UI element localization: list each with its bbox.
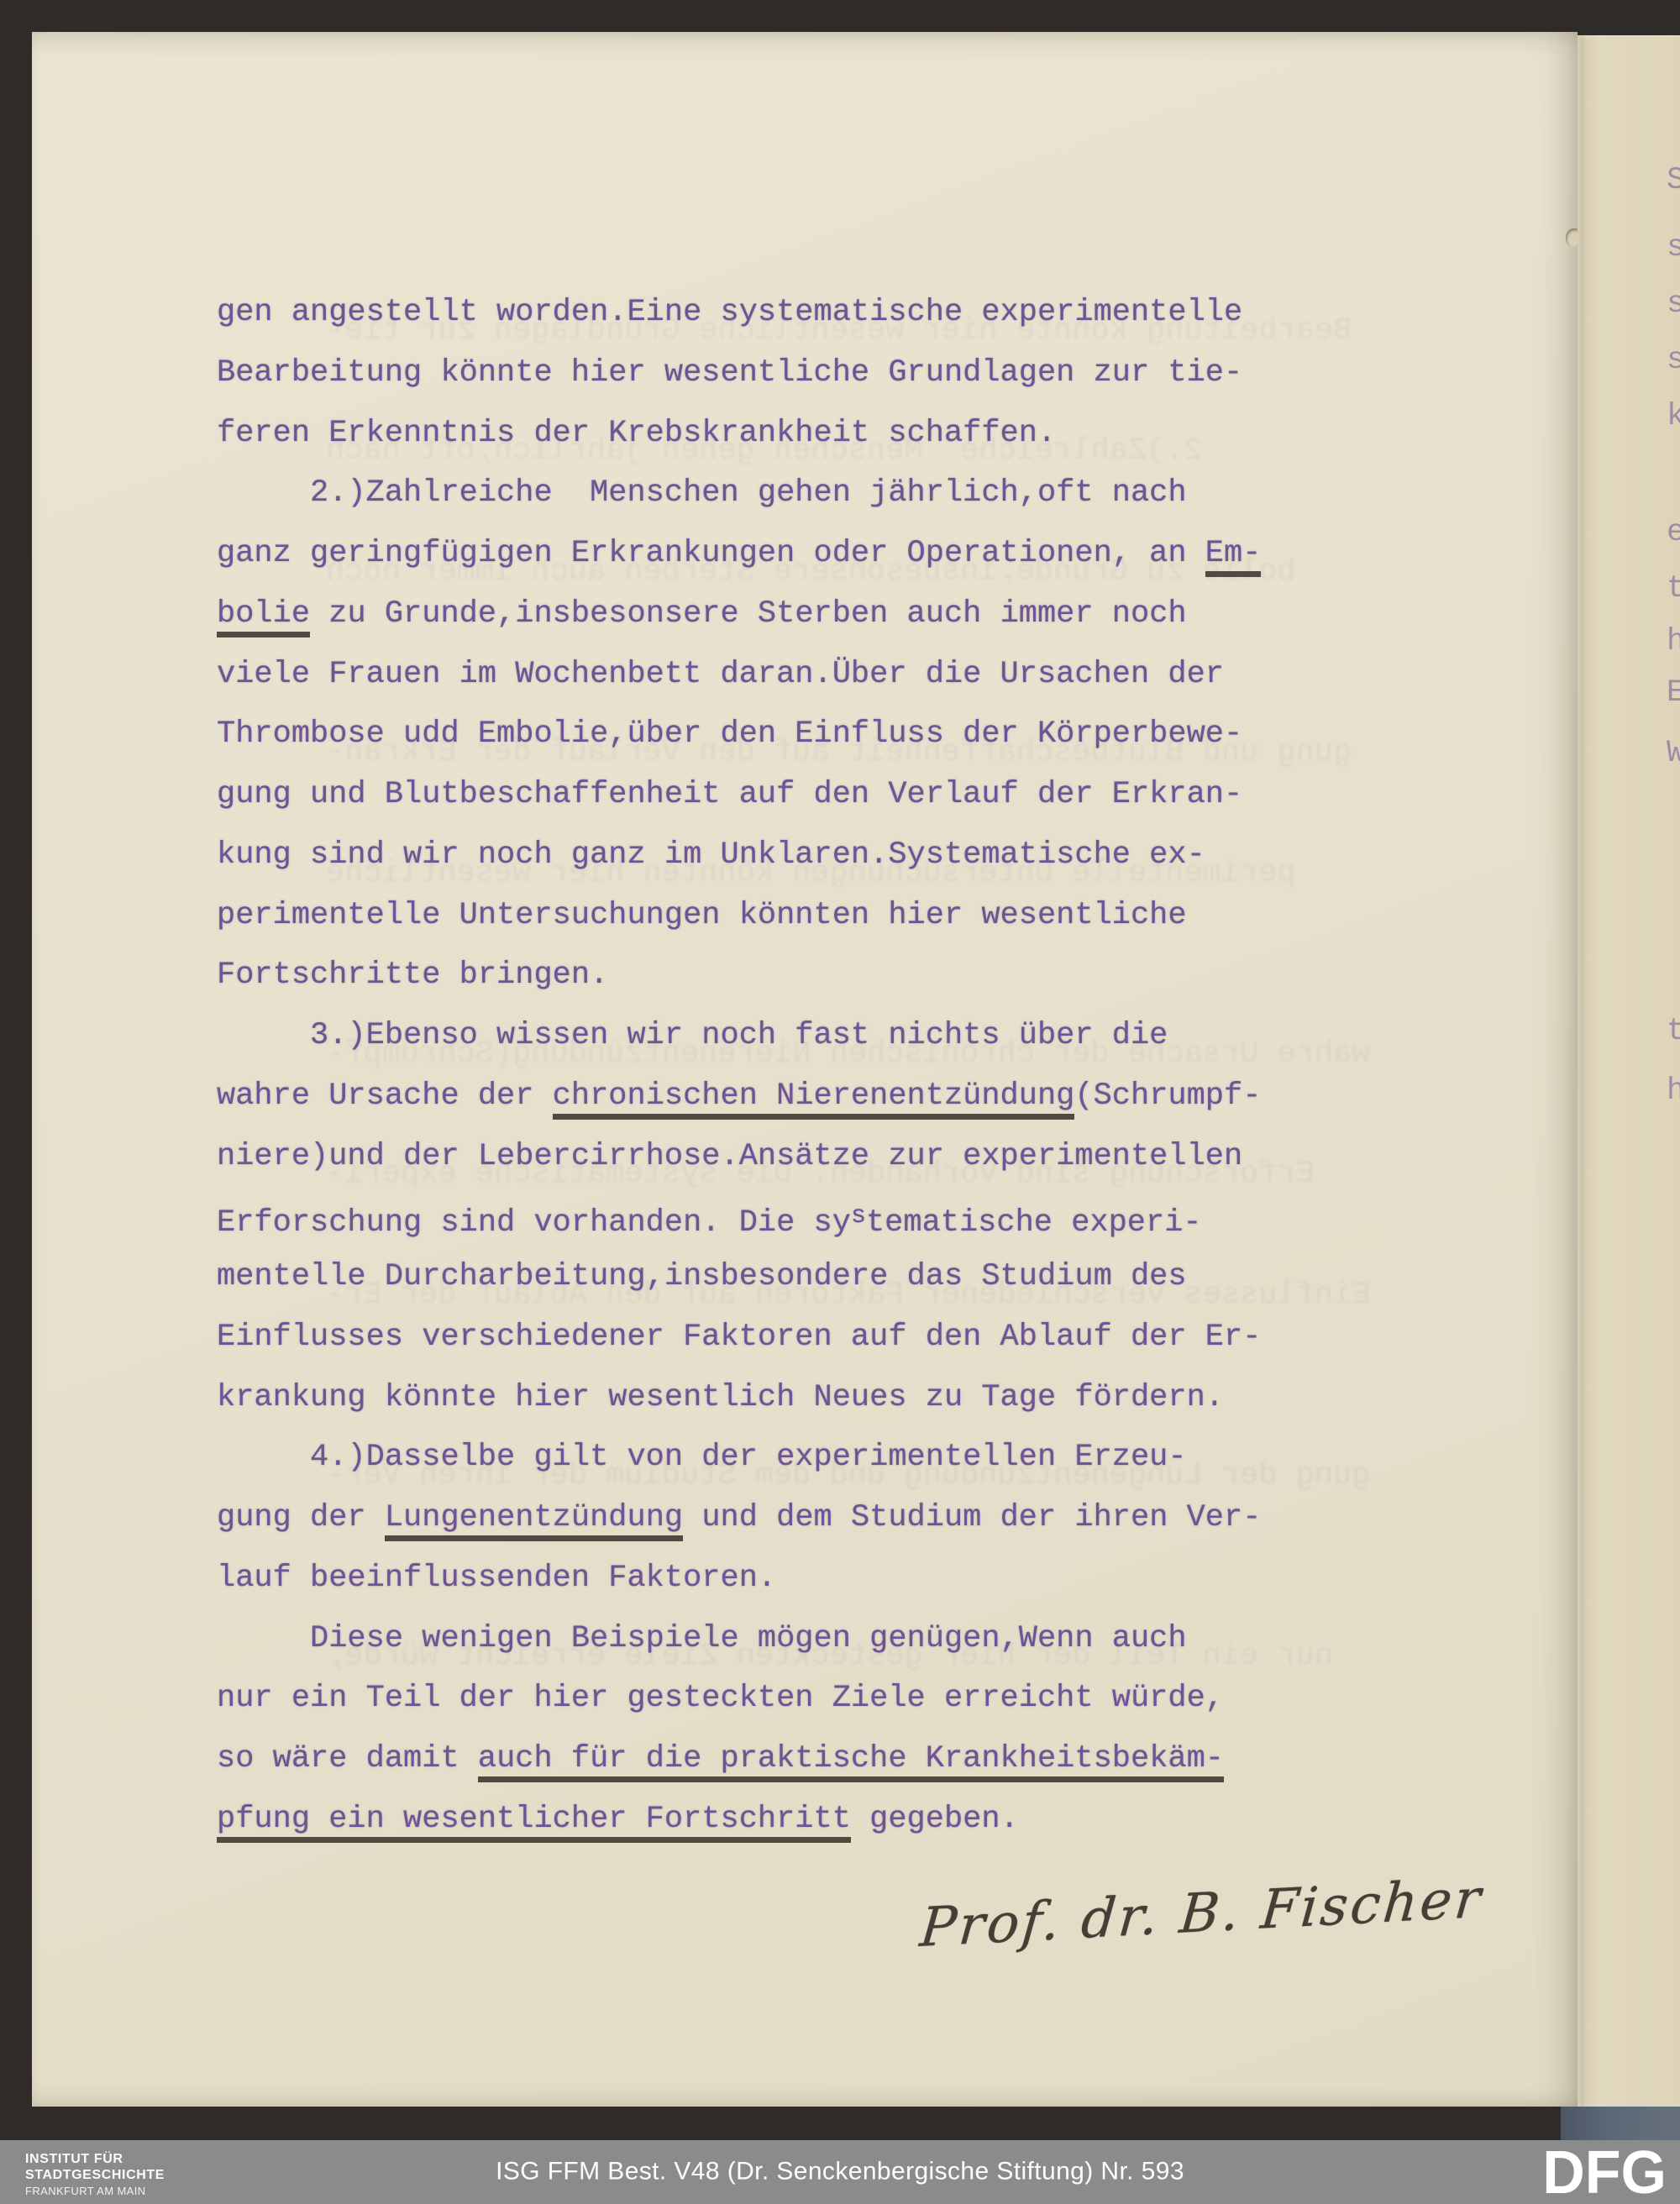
- typewritten-line: 2.)Zahlreiche Menschen gehen jährlich,of…: [217, 464, 1261, 524]
- typewritten-line: nur ein Teil der hier gesteckten Ziele e…: [217, 1669, 1261, 1729]
- text-segment: niere)und der Lebercirrhose.Ansätze zur …: [217, 1139, 1242, 1174]
- text-segment: feren Erkenntnis der Krebskrankheit scha…: [217, 416, 1056, 451]
- typewritten-line: Bearbeitung könnte hier wesentliche Grun…: [217, 344, 1261, 404]
- typewritten-line: gung und Blutbeschaffenheit auf den Verl…: [217, 765, 1261, 826]
- institute-city: FRANKFURT AM MAIN: [25, 2186, 165, 2196]
- text-segment: tematische experi-: [866, 1205, 1202, 1241]
- next-page-letter-fragment: s: [1667, 230, 1680, 265]
- typewritten-line: Erforschung sind vorhanden. Die systemat…: [217, 1187, 1261, 1247]
- archive-reference-label: ISG FFM Best. V48 (Dr. Senckenbergische …: [0, 2157, 1680, 2186]
- text-segment: so wäre damit: [217, 1741, 478, 1776]
- text-segment: gen angestellt worden.Eine systematische…: [217, 295, 1242, 330]
- next-page-letter-fragment: e: [1667, 515, 1680, 550]
- text-segment: Fortschritte bringen.: [217, 958, 608, 993]
- text-segment: gegeben.: [851, 1802, 1019, 1837]
- text-segment: 2.)Zahlreiche Menschen gehen jährlich,of…: [217, 475, 1187, 511]
- text-segment: gung und Blutbeschaffenheit auf den Verl…: [217, 777, 1242, 812]
- typewritten-line: bolie zu Grunde,insbesonsere Sterben auc…: [217, 585, 1261, 645]
- typewritten-line: Diese wenigen Beispiele mögen genügen,We…: [217, 1609, 1261, 1670]
- text-segment: perimentelle Untersuchungen könnten hier…: [217, 898, 1187, 933]
- typewritten-line: mentelle Durcharbeitung,insbesondere das…: [217, 1247, 1261, 1308]
- typewritten-text: gen angestellt worden.Eine systematische…: [217, 283, 1261, 1850]
- typewritten-line: 3.)Ebenso wissen wir noch fast nichts üb…: [217, 1006, 1261, 1067]
- text-segment: Bearbeitung könnte hier wesentliche Grun…: [217, 355, 1242, 391]
- underlined-text: Em-: [1205, 536, 1262, 577]
- typewritten-line: pfung ein wesentlicher Fortschritt gegeb…: [217, 1790, 1261, 1850]
- archive-footer-bar: INSTITUT FÜR STADTGESCHICHTE FRANKFURT A…: [0, 2140, 1680, 2204]
- text-segment: nur ein Teil der hier gesteckten Ziele e…: [217, 1681, 1224, 1716]
- text-segment: 3.)Ebenso wissen wir noch fast nichts üb…: [217, 1018, 1168, 1053]
- text-segment: lauf beeinflussenden Faktoren.: [217, 1561, 776, 1596]
- typewritten-line: Thrombose udd Embolie,über den Einfluss …: [217, 705, 1261, 765]
- text-segment: gung der: [217, 1500, 385, 1535]
- next-page-letter-fragment: t: [1667, 1014, 1680, 1049]
- next-page-letter-fragment: E: [1667, 675, 1680, 711]
- typewritten-line: Einflusses verschiedener Faktoren auf de…: [217, 1308, 1261, 1368]
- document-page: Bearbeitung könnte hier wesentliche Grun…: [32, 32, 1578, 2107]
- next-page-edge: SssskethEWth: [1578, 35, 1680, 2112]
- text-segment: Einflusses verschiedener Faktoren auf de…: [217, 1320, 1261, 1355]
- next-page-letter-fragment: S: [1667, 163, 1680, 198]
- next-page-letter-fragment: s: [1667, 286, 1680, 322]
- underlined-text: bolie: [217, 596, 310, 638]
- next-page-letter-fragment: h: [1667, 1073, 1680, 1109]
- typewritten-line: so wäre damit auch für die praktische Kr…: [217, 1729, 1261, 1790]
- archive-scan-viewport: Bearbeitung könnte hier wesentliche Grun…: [0, 0, 1680, 2204]
- next-page-letter-fragment: h: [1667, 624, 1680, 659]
- text-segment: (Schrumpf-: [1074, 1078, 1261, 1114]
- typewritten-line: Fortschritte bringen.: [217, 946, 1261, 1006]
- text-segment: s: [851, 1202, 866, 1231]
- text-segment: Erforschung sind vorhanden. Die sy: [217, 1205, 851, 1241]
- underlined-text: auch für die praktische Krankheitsbekäm-: [478, 1741, 1224, 1782]
- typewritten-line: wahre Ursache der chronischen Nierenentz…: [217, 1067, 1261, 1127]
- next-page-letter-fragment: W: [1667, 736, 1680, 771]
- text-segment: krankung könnte hier wesentlich Neues zu…: [217, 1380, 1224, 1415]
- typewritten-line: lauf beeinflussenden Faktoren.: [217, 1549, 1261, 1609]
- text-segment: viele Frauen im Wochenbett daran.Über di…: [217, 657, 1224, 692]
- typewritten-line: gen angestellt worden.Eine systematische…: [217, 283, 1261, 344]
- text-segment: Thrombose udd Embolie,über den Einfluss …: [217, 716, 1242, 752]
- underlined-text: pfung ein wesentlicher Fortschritt: [217, 1802, 851, 1843]
- text-segment: 4.)Dasselbe gilt von der experimentellen…: [217, 1440, 1187, 1475]
- typewritten-line: gung der Lungenentzündung und dem Studiu…: [217, 1488, 1261, 1549]
- next-page-letter-fragment: k: [1667, 399, 1680, 434]
- typewritten-line: viele Frauen im Wochenbett daran.Über di…: [217, 645, 1261, 706]
- typewritten-line: niere)und der Lebercirrhose.Ansätze zur …: [217, 1127, 1261, 1188]
- text-segment: mentelle Durcharbeitung,insbesondere das…: [217, 1259, 1187, 1294]
- typewritten-line: kung sind wir noch ganz im Unklaren.Syst…: [217, 826, 1261, 886]
- underlined-text: Lungenentzündung: [385, 1500, 683, 1541]
- text-segment: und dem Studium der ihren Ver-: [683, 1500, 1261, 1535]
- typewritten-line: ganz geringfügigen Erkrankungen oder Ope…: [217, 524, 1261, 585]
- dfg-logo: DFG: [1542, 2137, 1667, 2204]
- text-segment: wahre Ursache der: [217, 1078, 553, 1114]
- underlined-text: chronischen Nierenentzündung: [553, 1078, 1075, 1120]
- text-segment: zu Grunde,insbesonsere Sterben auch imme…: [310, 596, 1187, 632]
- text-segment: kung sind wir noch ganz im Unklaren.Syst…: [217, 837, 1205, 873]
- typewritten-line: perimentelle Untersuchungen könnten hier…: [217, 886, 1261, 947]
- next-page-letter-fragment: t: [1667, 571, 1680, 606]
- next-page-letter-fragment: s: [1667, 343, 1680, 378]
- text-segment: Diese wenigen Beispiele mögen genügen,We…: [217, 1621, 1187, 1656]
- typewritten-line: feren Erkenntnis der Krebskrankheit scha…: [217, 404, 1261, 464]
- typewritten-line: krankung könnte hier wesentlich Neues zu…: [217, 1368, 1261, 1429]
- typewritten-line: 4.)Dasselbe gilt von der experimentellen…: [217, 1428, 1261, 1488]
- text-segment: ganz geringfügigen Erkrankungen oder Ope…: [217, 536, 1205, 571]
